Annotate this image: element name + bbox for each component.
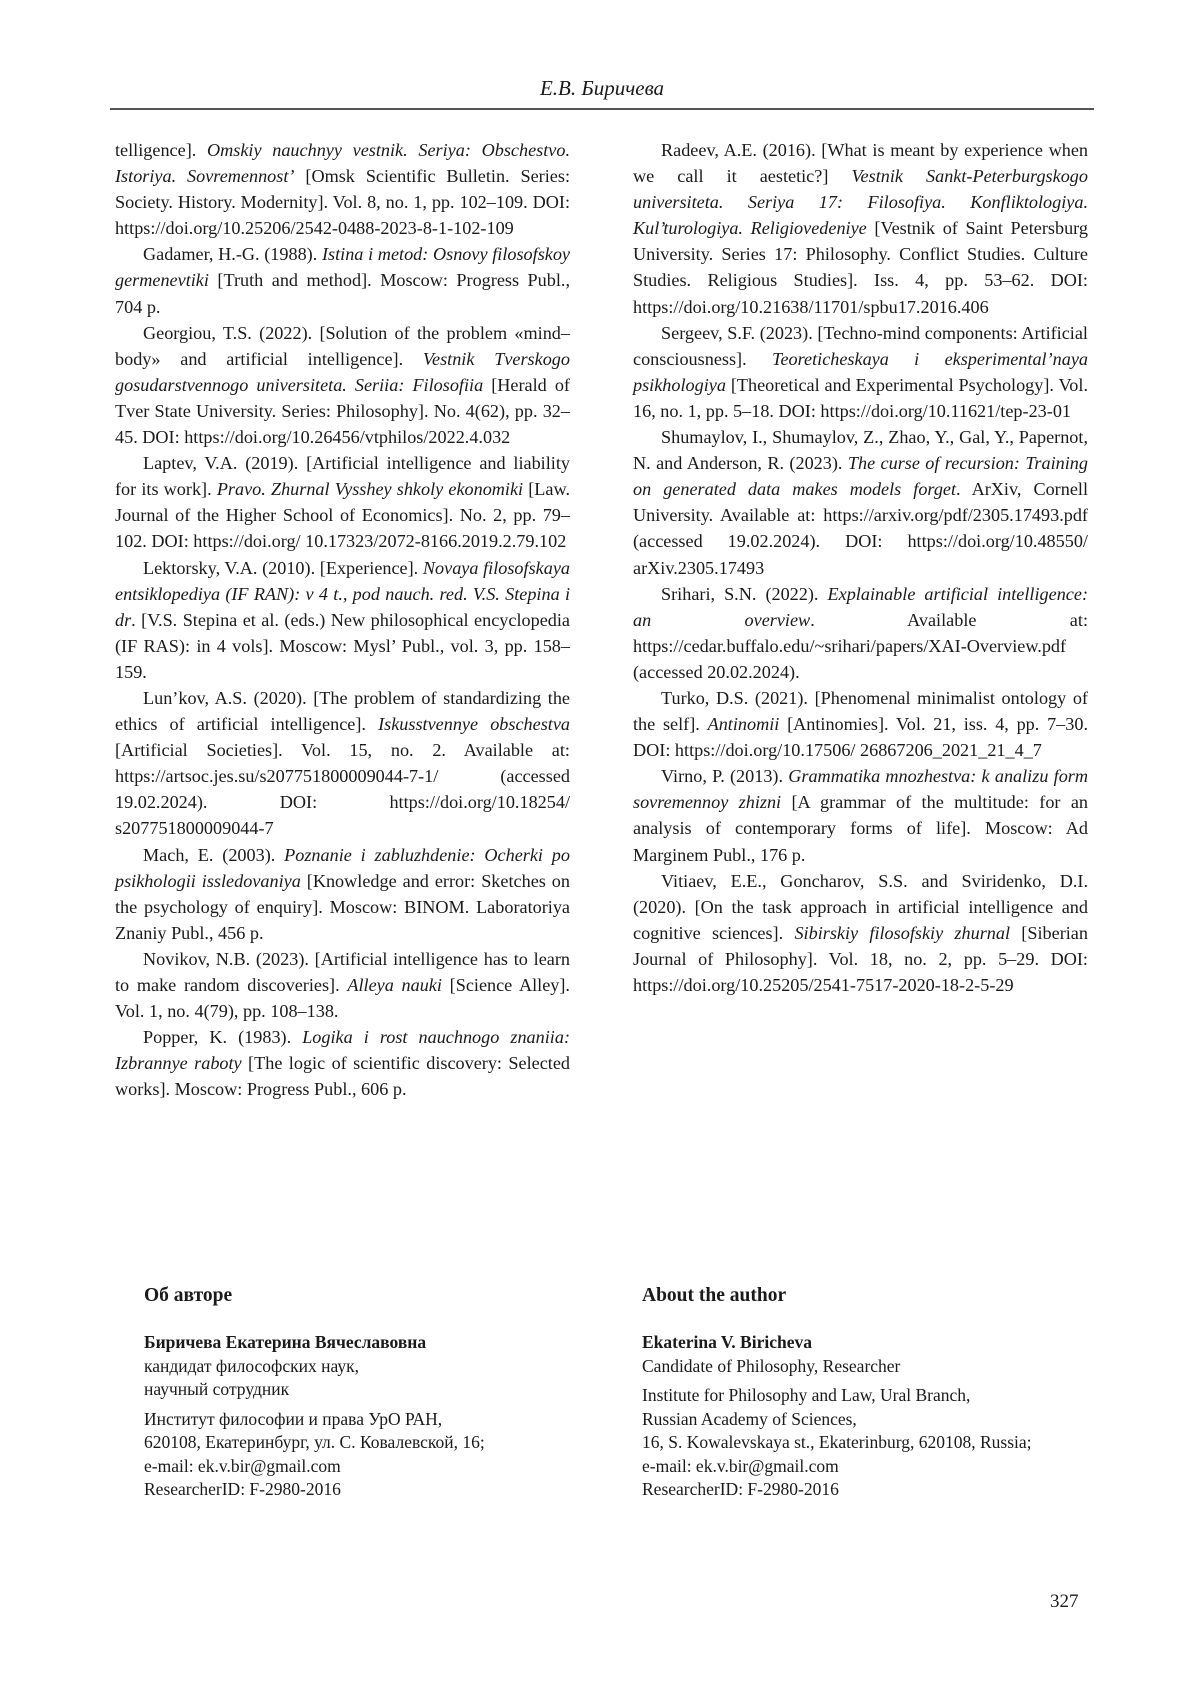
reference-source-title: Antinomii	[708, 714, 780, 734]
about-author-heading-ru: Об авторе	[144, 1283, 614, 1309]
author-affiliation-ru: Институт философии и права УрО РАН,	[144, 1408, 614, 1432]
about-author-ru: Об авторе Биричева Екатерина Вячеславовн…	[144, 1283, 614, 1508]
author-affiliation-en: Institute for Philosophy and Law, Ural B…	[642, 1384, 1112, 1408]
author-degree-en: Candidate of Philosophy, Researcher	[642, 1355, 1112, 1379]
reference-entry: telligence]. Omskiy nauchnyy vestnik. Se…	[115, 137, 570, 241]
author-degree-ru: кандидат философских наук,	[144, 1355, 614, 1379]
reference-source-title: Alleya nauki	[347, 975, 442, 995]
about-author-en: About the author Ekaterina V. Biricheva …	[642, 1283, 1112, 1508]
reference-entry: Turko, D.S. (2021). [Phenomenal minimali…	[633, 685, 1088, 763]
reference-entry: Virno, P. (2013). Grammatika mnozhestva:…	[633, 763, 1088, 867]
reference-source-title: Iskusstvennye obschestva	[378, 714, 570, 734]
reference-entry: Gadamer, H.-G. (1988). Istina i metod: O…	[115, 241, 570, 319]
reference-entry: Lektorsky, V.A. (2010). [Experience]. No…	[115, 555, 570, 685]
reference-text: Srihari, S.N. (2022).	[661, 584, 828, 604]
reference-entry: Srihari, S.N. (2022). Explainable artifi…	[633, 581, 1088, 685]
reference-entry: Novikov, N.B. (2023). [Artificial intell…	[115, 946, 570, 1024]
page-number: 327	[1050, 1591, 1079, 1613]
reference-text: telligence].	[115, 140, 207, 160]
about-author-heading-en: About the author	[642, 1283, 1112, 1309]
reference-source-title: Sibirskiy filosofskiy zhurnal	[794, 923, 1010, 943]
reference-text: Lektorsky, V.A. (2010). [Experience].	[143, 558, 423, 578]
author-address-ru: 620108, Екатеринбург, ул. С. Ковалевской…	[144, 1431, 614, 1455]
reference-entry: Georgiou, T.S. (2022). [Solution of the …	[115, 320, 570, 450]
reference-entry: Popper, K. (1983). Logika i rost nauchno…	[115, 1024, 570, 1102]
reference-entry: Vitiaev, E.E., Goncharov, S.S. and Sviri…	[633, 868, 1088, 998]
reference-text: . [V.S. Stepina et al. (eds.) New philos…	[115, 610, 570, 682]
reference-text: Virno, P. (2013).	[661, 766, 788, 786]
author-email-en: e-mail: ek.v.bir@gmail.com	[642, 1455, 1112, 1479]
reference-entry: Sergeev, S.F. (2023). [Techno-mind compo…	[633, 320, 1088, 424]
reference-source-title: Pravo. Zhurnal Vysshey shkoly ekonomiki	[217, 479, 523, 499]
references-right-column: Radeev, A.E. (2016). [What is meant by e…	[633, 137, 1088, 998]
reference-text: Mach, E. (2003).	[143, 845, 284, 865]
reference-entry: Lun’kov, A.S. (2020). [The problem of st…	[115, 685, 570, 842]
reference-entry: Mach, E. (2003). Poznanie i zabluzhdenie…	[115, 842, 570, 946]
reference-entry: Shumaylov, I., Shumaylov, Z., Zhao, Y., …	[633, 424, 1088, 581]
running-header: Е.В. Биричева	[110, 76, 1094, 101]
author-email-ru: e-mail: ek.v.bir@gmail.com	[144, 1455, 614, 1479]
author-researcher-id-en: ResearcherID: F-2980-2016	[642, 1478, 1112, 1502]
author-name-ru: Биричева Екатерина Вячеславовна	[144, 1331, 614, 1355]
author-address-en: 16, S. Kowalevskaya st., Ekaterinburg, 6…	[642, 1431, 1112, 1455]
reference-entry: Radeev, A.E. (2016). [What is meant by e…	[633, 137, 1088, 320]
reference-text: Popper, K. (1983).	[143, 1027, 302, 1047]
references-left-column: telligence]. Omskiy nauchnyy vestnik. Se…	[115, 137, 570, 1102]
author-position-ru: научный сотрудник	[144, 1378, 614, 1402]
author-name-en: Ekaterina V. Biricheva	[642, 1331, 1112, 1355]
author-affiliation-en-2: Russian Academy of Sciences,	[642, 1408, 1112, 1432]
header-rule	[110, 108, 1094, 110]
reference-entry: Laptev, V.A. (2019). [Artificial intelli…	[115, 450, 570, 554]
author-researcher-id-ru: ResearcherID: F-2980-2016	[144, 1478, 614, 1502]
reference-text: [Artificial Societies]. Vol. 15, no. 2. …	[115, 740, 570, 838]
reference-text: Gadamer, H.-G. (1988).	[143, 244, 322, 264]
